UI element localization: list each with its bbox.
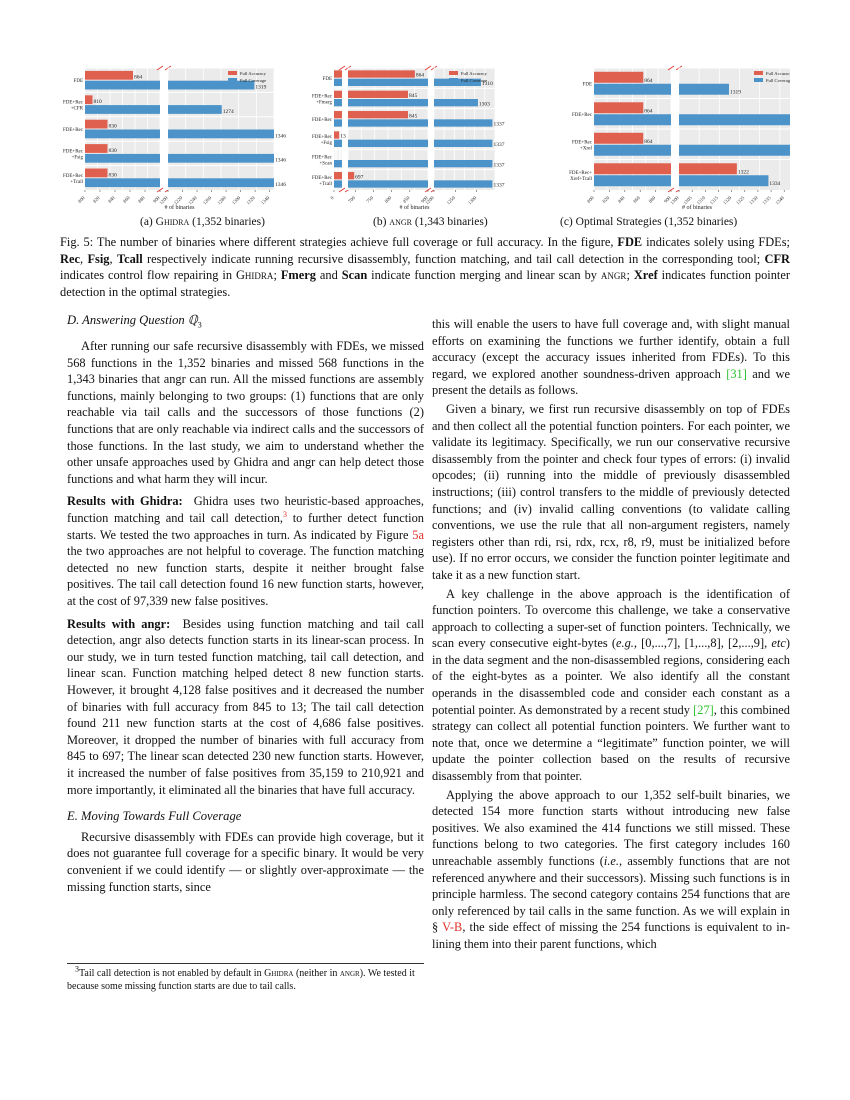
- svg-text:880: 880: [648, 195, 657, 204]
- svg-text:1300: 1300: [670, 195, 681, 206]
- svg-text:0: 0: [330, 195, 336, 201]
- svg-text:1260: 1260: [203, 195, 214, 206]
- svg-text:1346: 1346: [275, 182, 286, 188]
- svg-text:880: 880: [138, 195, 147, 204]
- svg-text:820: 820: [602, 195, 611, 204]
- svg-text:FDE: FDE: [323, 77, 332, 82]
- svg-text:860: 860: [633, 195, 642, 204]
- bar-chart-svg: 8648108308308308008208408608809001319127…: [60, 62, 295, 212]
- svg-text:830: 830: [109, 148, 118, 154]
- section-link[interactable]: V-B: [442, 920, 462, 934]
- svg-text:+CFR: +CFR: [71, 107, 84, 112]
- svg-text:864: 864: [416, 73, 425, 79]
- svg-text:1300: 1300: [468, 195, 479, 206]
- svg-text:Full Accuracy: Full Accuracy: [240, 71, 267, 76]
- svg-text:Full Coverage: Full Coverage: [461, 78, 487, 83]
- paragraph-ghidra-results: Results with Ghidra: Ghidra uses two heu…: [67, 493, 424, 609]
- svg-text:1322: 1322: [738, 169, 749, 175]
- svg-text:850: 850: [403, 195, 412, 204]
- paragraph: A key challenge in the above approach is…: [432, 586, 790, 785]
- svg-text:+Scan: +Scan: [319, 162, 332, 167]
- svg-text:FDE+Rec: FDE+Rec: [312, 176, 333, 181]
- svg-text:1334: 1334: [769, 181, 780, 187]
- svg-text:1340: 1340: [775, 195, 786, 206]
- svg-text:1274: 1274: [223, 109, 234, 115]
- svg-text:FDE+Rec: FDE+Rec: [63, 149, 84, 154]
- svg-text:864: 864: [644, 139, 653, 145]
- svg-text:Full Coverage: Full Coverage: [766, 78, 790, 83]
- svg-text:845: 845: [409, 113, 418, 119]
- section-heading-e: E. Moving Towards Full Coverage: [67, 808, 424, 825]
- svg-text:FDE: FDE: [583, 82, 592, 87]
- svg-text:750: 750: [366, 195, 375, 204]
- paragraph-angr-results: Results with angr: Besides using functio…: [67, 616, 424, 799]
- svg-text:800: 800: [384, 195, 393, 204]
- svg-text:1319: 1319: [255, 84, 266, 90]
- svg-text:820: 820: [93, 195, 102, 204]
- paragraph: Given a binary, we first run recursive d…: [432, 401, 790, 584]
- svg-text:1325: 1325: [736, 195, 747, 206]
- svg-text:1303: 1303: [479, 101, 490, 107]
- svg-text:864: 864: [644, 108, 653, 114]
- svg-text:864: 864: [134, 75, 143, 81]
- figure-subcaptions: (a) Ghidra (1,352 binaries) (b) angr (1,…: [60, 216, 790, 232]
- figure-link-5a[interactable]: 5a: [412, 528, 424, 542]
- svg-text:Full Accuracy: Full Accuracy: [766, 71, 790, 76]
- svg-text:830: 830: [109, 172, 118, 178]
- svg-text:FDE+Rec: FDE+Rec: [572, 140, 593, 145]
- svg-text:FDE: FDE: [74, 79, 83, 84]
- subcaption-b: (b) angr (1,343 binaries): [373, 216, 488, 228]
- figure-5: 8648108308308308008208408608809001319127…: [60, 62, 790, 212]
- svg-text:860: 860: [123, 195, 132, 204]
- svg-text:1335: 1335: [762, 195, 773, 206]
- svg-text:1300: 1300: [232, 195, 243, 206]
- svg-text:800: 800: [587, 195, 596, 204]
- svg-text:+Tcall: +Tcall: [70, 180, 83, 185]
- svg-text:Full Coverage: Full Coverage: [240, 78, 266, 83]
- svg-text:840: 840: [108, 195, 117, 204]
- svg-text:FDE+Rec: FDE+Rec: [63, 101, 84, 106]
- left-column: D. Answering Question ℚ3 After running o…: [67, 312, 424, 895]
- svg-text:FDE+Rec: FDE+Rec: [63, 128, 84, 133]
- svg-text:+Fsig: +Fsig: [321, 141, 333, 146]
- svg-text:1280: 1280: [217, 195, 228, 206]
- subcaption-a: (a) Ghidra (1,352 binaries): [140, 216, 265, 228]
- svg-text:1346: 1346: [275, 133, 286, 139]
- footnote: 3Tail call detection is not enabled by d…: [67, 968, 424, 993]
- svg-text:1337: 1337: [493, 183, 504, 189]
- svg-text:845: 845: [409, 93, 418, 99]
- svg-text:1340: 1340: [261, 195, 272, 206]
- svg-text:1250: 1250: [446, 195, 457, 206]
- svg-text:700: 700: [348, 195, 357, 204]
- footnote-divider: [67, 963, 424, 964]
- chart-optimal: 8648648648008208408608809001319134613461…: [538, 62, 790, 212]
- svg-text:# of binaries: # of binaries: [682, 204, 713, 211]
- citation-link[interactable]: [27]: [693, 703, 714, 717]
- chart-angr: 1308648458456977007508008509001310130313…: [308, 62, 548, 212]
- svg-text:FDE+Rec+: FDE+Rec+: [569, 171, 592, 176]
- paragraph: Recursive disassembly with FDEs can prov…: [67, 829, 424, 895]
- svg-text:+Fmerg: +Fmerg: [316, 101, 332, 106]
- svg-text:864: 864: [644, 78, 653, 84]
- right-column: this will enable the users to have full …: [432, 316, 790, 953]
- svg-text:1319: 1319: [730, 90, 741, 96]
- bar-chart-svg: 1308648458456977007508008509001310130313…: [308, 62, 548, 212]
- svg-text:830: 830: [109, 124, 118, 130]
- svg-text:1337: 1337: [493, 122, 504, 128]
- subcaption-c: (c) Optimal Strategies (1,352 binaries): [560, 216, 737, 228]
- svg-text:FDE+Rec: FDE+Rec: [312, 95, 333, 100]
- svg-text:# of binaries: # of binaries: [165, 204, 196, 211]
- svg-text:FDE+Rec: FDE+Rec: [312, 118, 333, 123]
- svg-text:FDE+Rec: FDE+Rec: [312, 135, 333, 140]
- svg-text:+Xref: +Xref: [580, 146, 592, 151]
- svg-text:Full Accuracy: Full Accuracy: [461, 71, 488, 76]
- svg-text:FDE+Rec: FDE+Rec: [572, 113, 593, 118]
- svg-text:810: 810: [94, 99, 103, 105]
- svg-text:1330: 1330: [749, 195, 760, 206]
- svg-text:1346: 1346: [275, 158, 286, 164]
- svg-text:800: 800: [78, 195, 87, 204]
- citation-link[interactable]: [31]: [726, 367, 747, 381]
- section-heading-d: D. Answering Question ℚ3: [67, 312, 424, 334]
- paragraph: Applying the above approach to our 1,352…: [432, 787, 790, 953]
- svg-text:+Fsig: +Fsig: [72, 155, 84, 160]
- svg-text:697: 697: [355, 174, 364, 180]
- paragraph: this will enable the users to have full …: [432, 316, 790, 399]
- figure-caption: Fig. 5: The number of binaries where dif…: [60, 234, 790, 300]
- svg-text:1320: 1320: [246, 195, 257, 206]
- svg-text:# of binaries: # of binaries: [400, 204, 431, 211]
- svg-text:1320: 1320: [723, 195, 734, 206]
- svg-text:13: 13: [340, 134, 346, 140]
- svg-text:FDE+Rec: FDE+Rec: [63, 174, 84, 179]
- svg-text:840: 840: [618, 195, 627, 204]
- svg-text:1337: 1337: [493, 162, 504, 168]
- svg-text:FDE+Rec: FDE+Rec: [312, 156, 333, 161]
- svg-text:1337: 1337: [493, 142, 504, 148]
- bar-chart-svg: 8648648648008208408608809001319134613461…: [538, 62, 790, 212]
- svg-text:Xref+Tcall: Xref+Tcall: [570, 177, 593, 182]
- chart-ghidra: 8648108308308308008208408608809001319127…: [60, 62, 295, 212]
- paragraph: After running our safe recursive disasse…: [67, 338, 424, 487]
- svg-text:+Tcall: +Tcall: [319, 182, 332, 187]
